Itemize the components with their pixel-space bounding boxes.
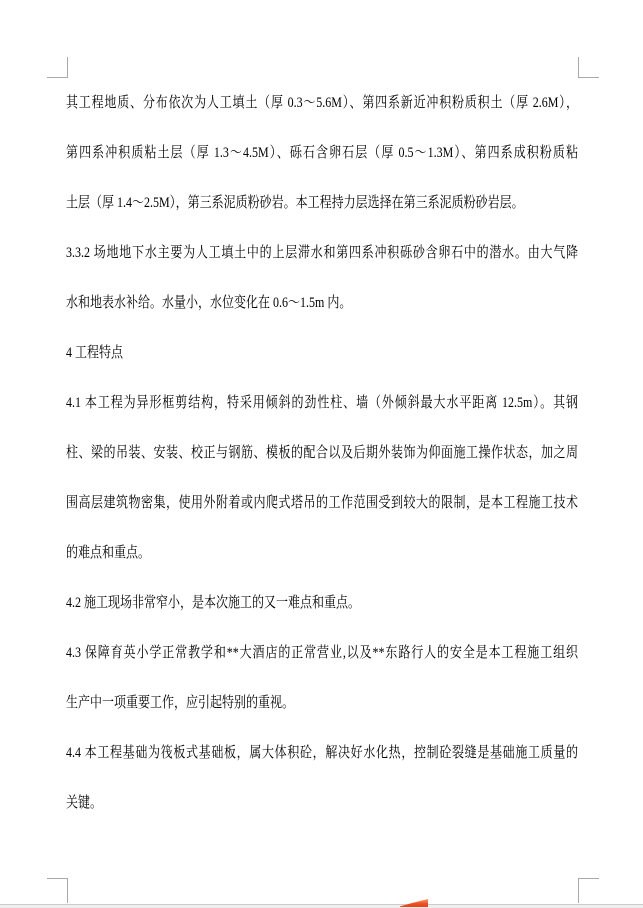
doc-line: 3.3.2 场地地下水主要为人工填土中的上层滞水和第四系冲积砾砂含卵石中的潜水。… — [66, 228, 578, 278]
doc-line: 围高层建筑物密集，使用外附着或内爬式塔吊的工作范围受到较大的限制，是本工程施工技… — [66, 478, 578, 528]
document-text-area[interactable]: 其工程地质、分布依次为人工填土（厚 0.3～5.6M）、第四系新近冲积粉质积土（… — [66, 78, 578, 828]
section-heading: 4 工程特点 — [66, 328, 578, 378]
margin-crop-mark-top-left — [47, 57, 68, 78]
margin-crop-mark-bottom-left — [47, 878, 68, 903]
doc-line: 柱、梁的吊装、安装、校正与钢筋、模板的配合以及后期外装饰为仰面施工操作状态，加之… — [66, 428, 578, 478]
document-page: 其工程地质、分布依次为人工填土（厚 0.3～5.6M）、第四系新近冲积粉质积土（… — [0, 0, 643, 908]
doc-line: 第四系冲积质粘土层（厚 1.3～4.5M）、砾石含卵石层（厚 0.5～1.3M）… — [66, 128, 578, 178]
doc-line: 其工程地质、分布依次为人工填土（厚 0.3～5.6M）、第四系新近冲积粉质积土（… — [66, 78, 578, 128]
page-bottom-edge — [0, 904, 643, 908]
doc-line: 水和地表水补给。水量小，水位变化在 0.6～1.5m 内。 — [66, 278, 578, 328]
margin-crop-mark-bottom-right — [578, 878, 599, 903]
orange-wedge-icon — [400, 899, 428, 907]
doc-line: 4.2 施工现场非常窄小，是本次施工的又一难点和重点。 — [66, 578, 578, 628]
doc-line: 关键。 — [66, 778, 578, 828]
doc-line: 土层（厚 1.4～2.5M），第三系泥质粉砂岩。本工程持力层选择在第三系泥质粉砂… — [66, 178, 578, 228]
doc-line: 4.3 保障育英小学正常教学和**大酒店的正常营业,以及**东路行人的安全是本工… — [66, 628, 578, 678]
doc-line: 4.1 本工程为异形框剪结构，特采用倾斜的劲性柱、墙（外倾斜最大水平距离 12.… — [66, 378, 578, 428]
doc-line: 的难点和重点。 — [66, 528, 578, 578]
margin-crop-mark-top-right — [578, 57, 599, 78]
doc-line: 4.4 本工程基础为筏板式基础板，属大体积砼，解决好水化热，控制砼裂缝是基础施工… — [66, 728, 578, 778]
doc-line: 生产中一项重要工作，应引起特别的重视。 — [66, 678, 578, 728]
